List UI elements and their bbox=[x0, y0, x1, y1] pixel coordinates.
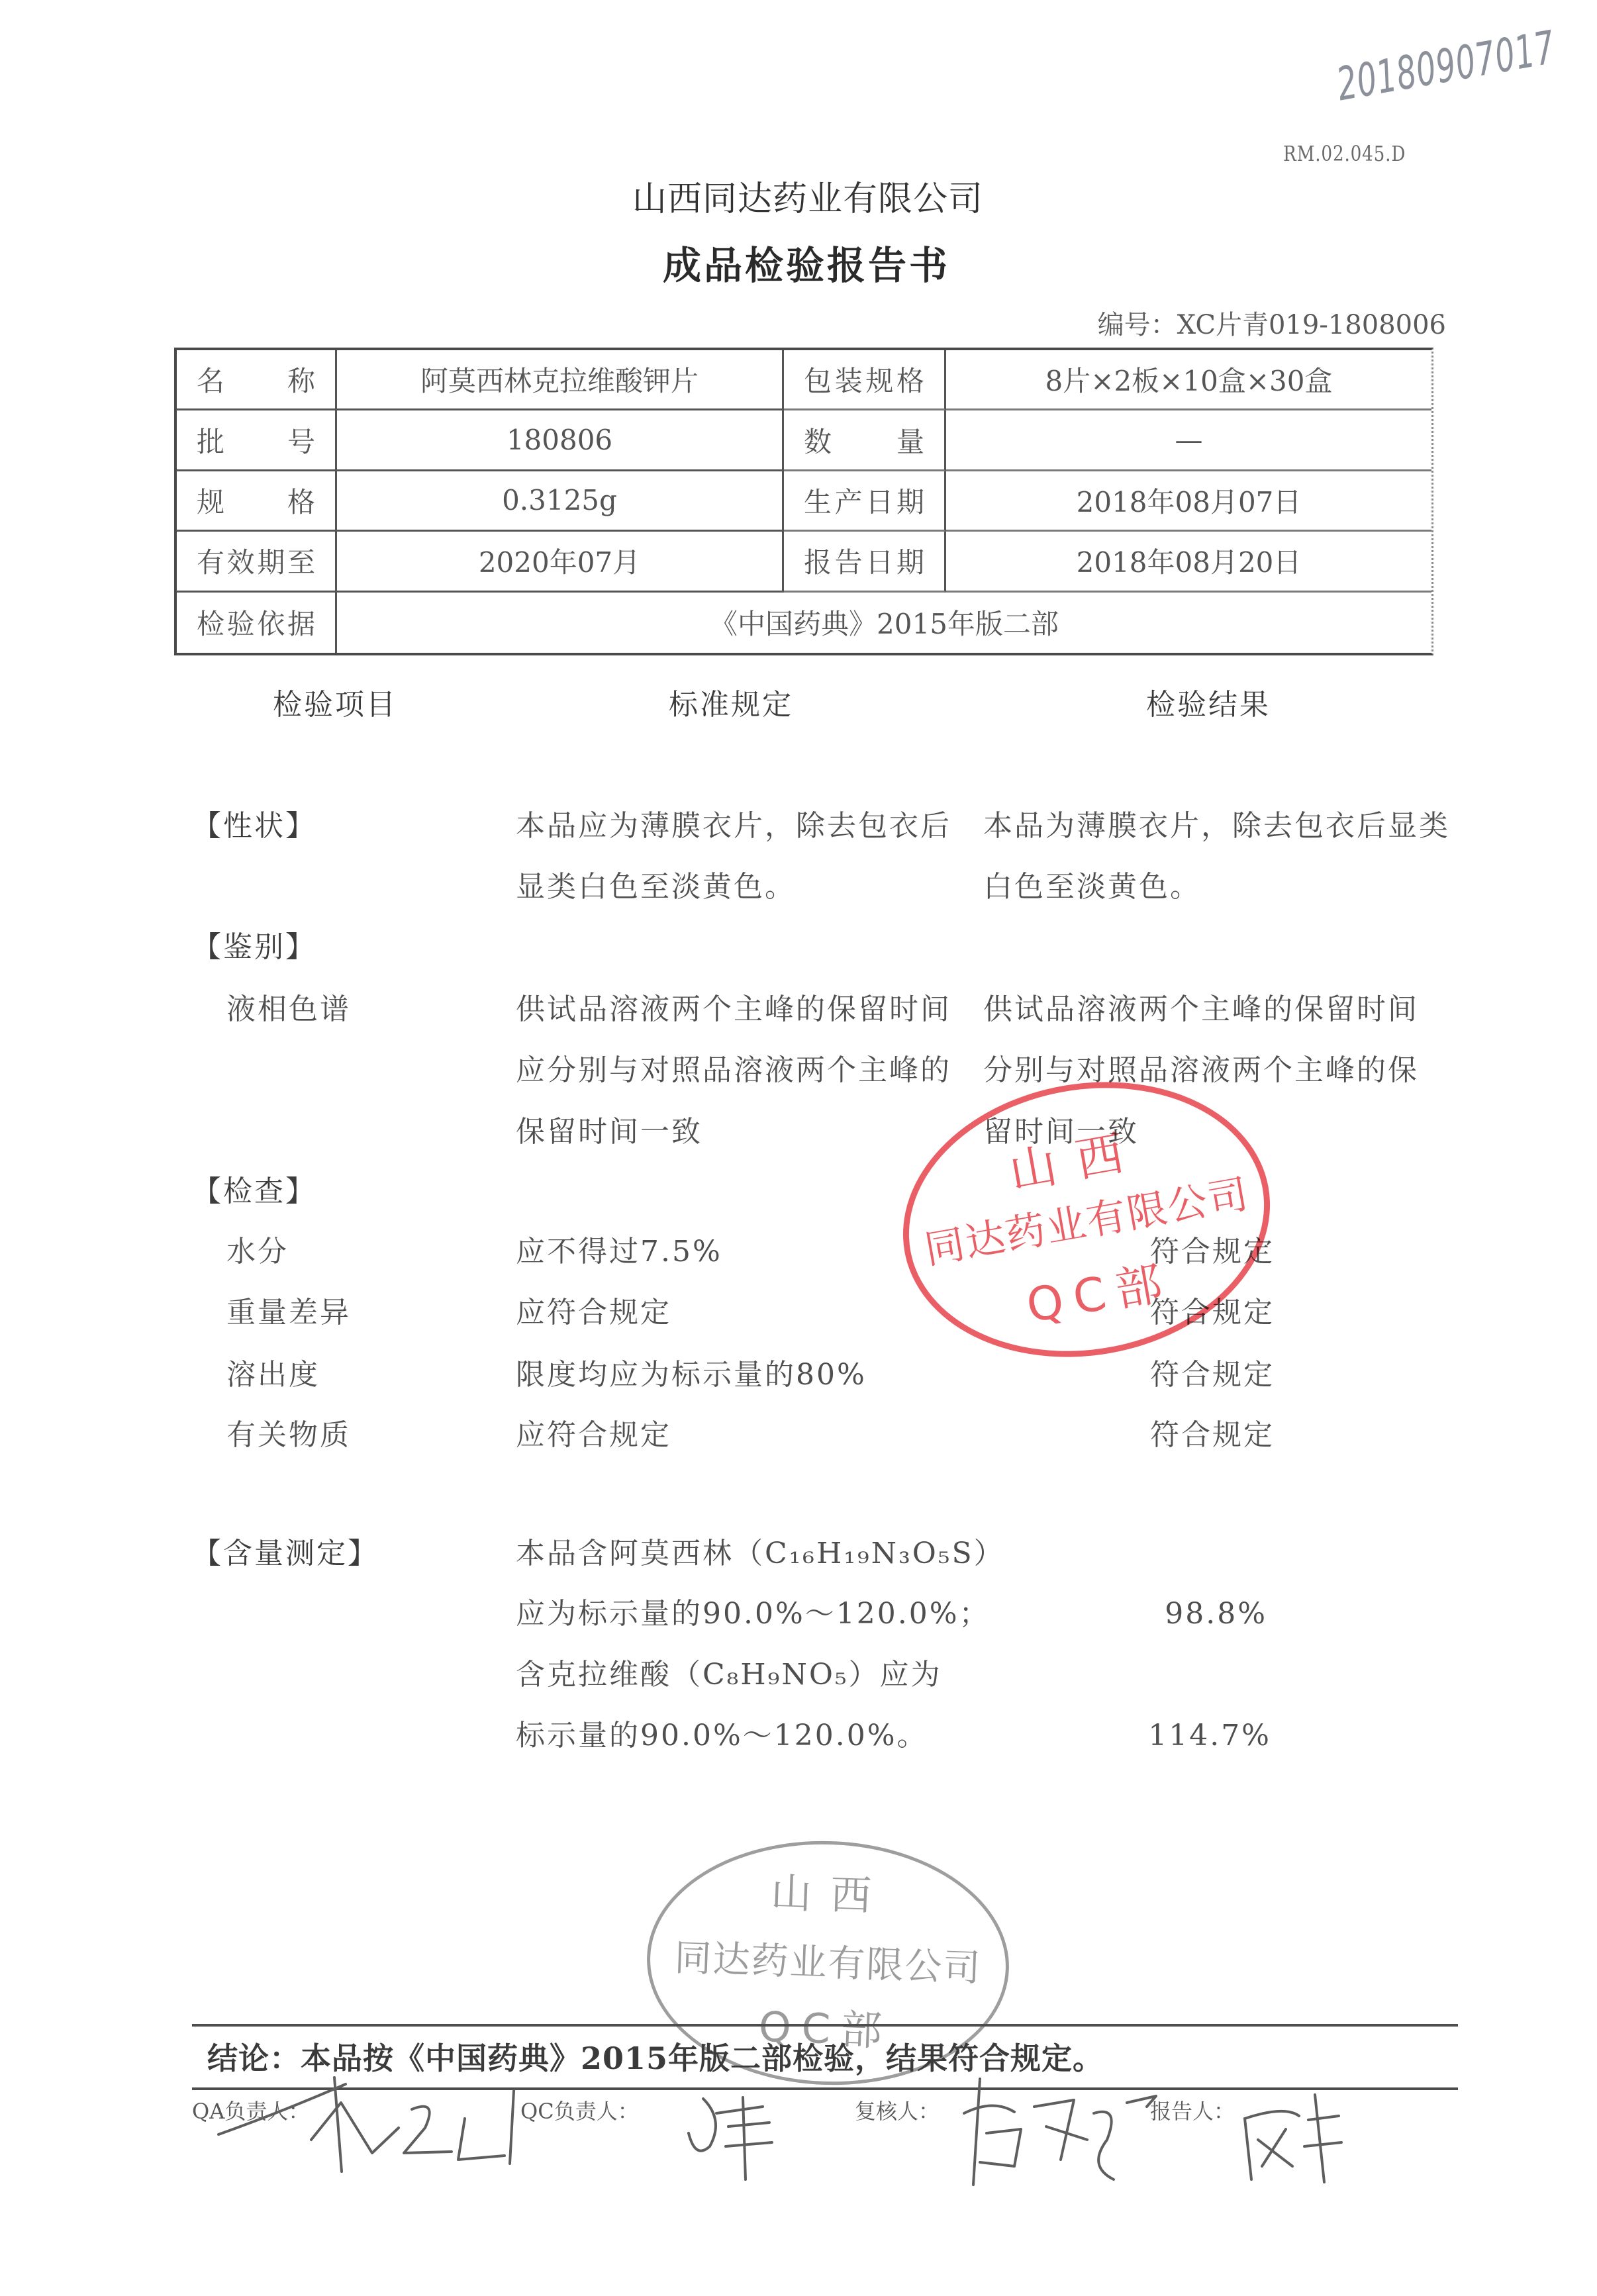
label-batch: 批号 bbox=[177, 410, 337, 471]
test-row-moisture: 水分 应不得过7.5% 符合规定 bbox=[0, 1237, 1597, 1267]
test-item: 重量差异 bbox=[226, 1298, 351, 1328]
column-header-result: 检验结果 bbox=[1146, 690, 1271, 720]
signature-label-reporter: 报告人： bbox=[1150, 2101, 1235, 2122]
section-heading-assay: 【含量测定】 bbox=[192, 1539, 379, 1569]
report-number-value: XC片青019-1808006 bbox=[1177, 310, 1446, 340]
column-headers: 检验项目 标准规定 检验结果 bbox=[0, 690, 1597, 720]
appearance-row-2: 显类白色至淡黄色。 白色至淡黄色。 bbox=[0, 872, 1597, 902]
value-quantity: — bbox=[946, 410, 1431, 471]
stamp-text-company: 同达药业有限公司 bbox=[650, 1939, 1006, 1989]
signature-reporter bbox=[1245, 2095, 1341, 2182]
test-row-weight-variation: 重量差异 应符合规定 符合规定 bbox=[0, 1298, 1597, 1328]
form-code: RM.02.045.D bbox=[1283, 143, 1406, 164]
standard-text: 含克拉维酸（C₈H₉NO₅）应为 bbox=[516, 1660, 942, 1690]
assay-row-4: 标示量的90.0%～120.0%。 114.7% bbox=[0, 1721, 1597, 1751]
column-header-standard: 标准规定 bbox=[669, 690, 793, 720]
value-package: 8片×2板×10盒×30盒 bbox=[946, 350, 1431, 410]
signature-label-reviewer: 复核人： bbox=[855, 2101, 940, 2122]
standard-text: 供试品溶液两个主峰的保留时间 bbox=[516, 994, 951, 1025]
value-spec: 0.3125g bbox=[337, 471, 784, 532]
qc-department-stamp-red: 山西 同达药业有限公司 QC部 bbox=[881, 1054, 1292, 1386]
result-text: 本品为薄膜衣片，除去包衣后显类 bbox=[983, 811, 1450, 841]
signature-qc bbox=[689, 2097, 772, 2179]
label-production-date: 生产日期 bbox=[784, 471, 946, 532]
test-row-dissolution: 溶出度 限度均应为标示量的80% 符合规定 bbox=[0, 1360, 1597, 1390]
label-quantity: 数量 bbox=[784, 410, 946, 471]
standard-text: 显类白色至淡黄色。 bbox=[516, 872, 796, 902]
section-heading-tests: 【检查】 bbox=[192, 1176, 316, 1207]
value-basis: 《中国药典》2015年版二部 bbox=[337, 593, 1431, 653]
value-batch: 180806 bbox=[337, 410, 784, 471]
label-expiry: 有效期至 bbox=[177, 532, 337, 592]
stamp-text-region: 山西 bbox=[652, 1868, 1009, 1922]
handwritten-archive-number: 20180907017 bbox=[1333, 24, 1559, 107]
identification-row-2: 应分别与对照品溶液两个主峰的 分别与对照品溶液两个主峰的保 bbox=[0, 1055, 1597, 1086]
test-row-related-substances: 有关物质 应符合规定 符合规定 bbox=[0, 1420, 1597, 1451]
standard-text: 本品应为薄膜衣片，除去包衣后 bbox=[516, 811, 951, 841]
standard-text: 应分别与对照品溶液两个主峰的 bbox=[516, 1055, 951, 1086]
conclusion-top-rule bbox=[192, 2024, 1458, 2027]
section-heading-appearance: 【性状】 bbox=[192, 811, 316, 841]
conclusion-text: 结论：本品按《中国药典》2015年版二部检验，结果符合规定。 bbox=[207, 2043, 1104, 2074]
assay-result-clavulanic-acid: 114.7% bbox=[1148, 1721, 1271, 1751]
company-name: 山西同达药业有限公司 bbox=[632, 182, 983, 216]
report-number-label: 编号： bbox=[1098, 310, 1177, 340]
signature-reviewer bbox=[964, 2079, 1156, 2185]
value-production-date: 2018年08月07日 bbox=[946, 471, 1431, 532]
identification-row-1: 液相色谱 供试品溶液两个主峰的保留时间 供试品溶液两个主峰的保留时间 bbox=[0, 994, 1597, 1025]
appearance-row-1: 【性状】 本品应为薄膜衣片，除去包衣后 本品为薄膜衣片，除去包衣后显类 bbox=[0, 811, 1597, 841]
signature-qa bbox=[218, 2078, 514, 2172]
standard-text: 应符合规定 bbox=[516, 1420, 671, 1451]
identification-heading-row: 【鉴别】 bbox=[0, 932, 1597, 963]
signature-label-qa: QA负责人： bbox=[192, 2101, 309, 2122]
section-heading-identification: 【鉴别】 bbox=[192, 932, 316, 963]
test-item: 溶出度 bbox=[226, 1360, 320, 1390]
label-spec: 规格 bbox=[177, 471, 337, 532]
result-text: 白色至淡黄色。 bbox=[983, 872, 1201, 902]
label-basis: 检验依据 bbox=[177, 593, 337, 653]
test-item: 有关物质 bbox=[226, 1420, 351, 1451]
test-item-hplc: 液相色谱 bbox=[226, 994, 351, 1025]
conclusion-bottom-rule bbox=[192, 2087, 1458, 2090]
result-text: 符合规定 bbox=[1150, 1420, 1275, 1451]
result-text: 分别与对照品溶液两个主峰的保 bbox=[983, 1055, 1419, 1086]
label-name: 名称 bbox=[177, 350, 337, 410]
result-text: 符合规定 bbox=[1150, 1360, 1275, 1390]
standard-text: 限度均应为标示量的80% bbox=[516, 1360, 867, 1390]
assay-result-amoxicillin: 98.8% bbox=[1165, 1599, 1267, 1629]
value-expiry: 2020年07月 bbox=[337, 532, 784, 592]
assay-row-2: 应为标示量的90.0%～120.0%； 98.8% bbox=[0, 1599, 1597, 1629]
standard-text: 本品含阿莫西林（C₁₆H₁₉N₃O₅S） bbox=[516, 1539, 1005, 1569]
result-text: 供试品溶液两个主峰的保留时间 bbox=[983, 994, 1419, 1025]
label-package: 包装规格 bbox=[784, 350, 946, 410]
standard-text: 应为标示量的90.0%～120.0%； bbox=[516, 1599, 991, 1629]
product-info-table: 名称 阿莫西林克拉维酸钾片 包装规格 8片×2板×10盒×30盒 批号 1808… bbox=[174, 348, 1433, 655]
standard-text: 应符合规定 bbox=[516, 1298, 671, 1328]
identification-row-3: 保留时间一致 留时间一致 bbox=[0, 1117, 1597, 1147]
value-name: 阿莫西林克拉维酸钾片 bbox=[337, 350, 784, 410]
report-title: 成品检验报告书 bbox=[663, 246, 950, 285]
standard-text: 标示量的90.0%～120.0%。 bbox=[516, 1721, 928, 1751]
standard-text: 应不得过7.5% bbox=[516, 1237, 722, 1267]
standard-text: 保留时间一致 bbox=[516, 1117, 702, 1147]
assay-row-1: 【含量测定】 本品含阿莫西林（C₁₆H₁₉N₃O₅S） bbox=[0, 1539, 1597, 1569]
test-item: 水分 bbox=[226, 1237, 289, 1267]
column-header-item: 检验项目 bbox=[273, 690, 397, 720]
assay-row-3: 含克拉维酸（C₈H₉NO₅）应为 bbox=[0, 1660, 1597, 1690]
value-report-date: 2018年08月20日 bbox=[946, 532, 1431, 592]
label-report-date: 报告日期 bbox=[784, 532, 946, 592]
tests-heading-row: 【检查】 bbox=[0, 1176, 1597, 1207]
report-number: 编号：XC片青019-1808006 bbox=[1098, 312, 1446, 338]
signature-label-qc: QC负责人： bbox=[520, 2101, 639, 2122]
